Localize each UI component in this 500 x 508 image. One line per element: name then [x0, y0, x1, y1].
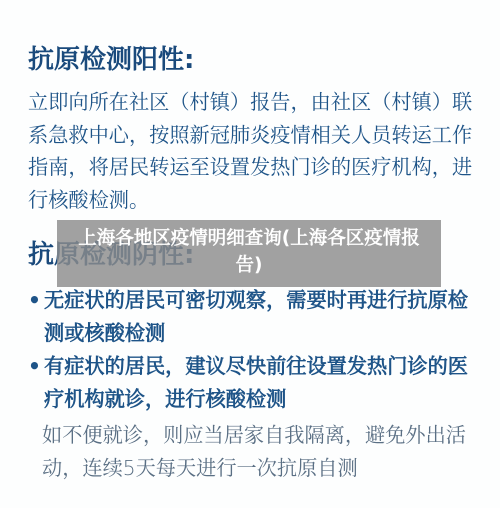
- positive-result-heading: 抗原检测阳性:: [28, 45, 194, 75]
- positive-result-instructions: 立即向所在社区（村镇）报告，由社区（村镇）联系急救中心，按照新冠肺炎疫情相关人员…: [28, 86, 480, 216]
- list-item-asymptomatic: • 无症状的居民可密切观察，需要时再进行抗原检测或核酸检测: [28, 284, 478, 349]
- bullet-dot-icon: •: [28, 284, 42, 317]
- article-image: 抗原检测阳性: 立即向所在社区（村镇）报告，由社区（村镇）联系急救中心，按照新冠…: [0, 0, 500, 508]
- list-item-text: 无症状的居民可密切观察，需要时再进行抗原检测或核酸检测: [28, 284, 478, 349]
- bullet-dot-icon: •: [28, 350, 42, 383]
- caption-title: 上海各地区疫情明细查询(上海各区疫情报告): [78, 228, 419, 276]
- self-isolation-note: 如不便就诊，则应当居家自我隔离，避免外出活动，连续5天每天进行一次抗原自测: [42, 419, 478, 484]
- list-item-symptomatic: • 有症状的居民，建议尽快前往设置发热门诊的医疗机构就诊，进行核酸检测: [28, 350, 478, 415]
- caption-overlay: 上海各地区疫情明细查询(上海各区疫情报告): [57, 220, 441, 287]
- list-item-text: 有症状的居民，建议尽快前往设置发热门诊的医疗机构就诊，进行核酸检测: [28, 350, 478, 415]
